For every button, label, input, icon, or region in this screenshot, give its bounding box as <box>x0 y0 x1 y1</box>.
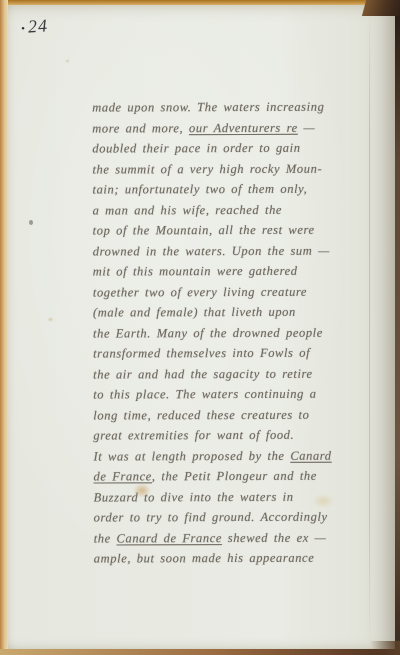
manuscript-line: made upon snow. The waters increasing <box>92 96 392 118</box>
manuscript-line: great extremities for want of food. <box>93 424 393 446</box>
paper-speck <box>29 220 33 225</box>
manuscript-scan: • 24 made upon snow. The waters increasi… <box>0 0 400 655</box>
manuscript-line: top of the Mountain, all the rest were <box>93 219 393 241</box>
page-number-dot: • <box>21 23 25 35</box>
paper-stain <box>47 317 54 322</box>
book-cover-corner-top-right <box>338 0 400 16</box>
manuscript-line: It was at length proposed by the Canard <box>93 445 393 467</box>
manuscript-line: together two of every living creature <box>93 281 393 303</box>
paper-stain <box>65 59 70 63</box>
manuscript-line: to this place. The waters continuing a <box>93 383 393 405</box>
manuscript-line: ample, but soon made his appearance <box>94 547 394 569</box>
page-number-value: 24 <box>27 15 48 37</box>
manuscript-line: the air and had the sagacity to retire <box>93 363 393 385</box>
manuscript-line: drowned in the waters. Upon the sum — <box>93 240 393 262</box>
book-edge-left <box>0 0 8 655</box>
manuscript-line: (male and female) that liveth upon <box>93 301 393 323</box>
manuscript-line: tain; unfortunately two of them only, <box>92 178 392 200</box>
book-gutter-right <box>395 0 400 655</box>
manuscript-line: Buzzard to dive into the waters in <box>94 486 394 508</box>
manuscript-line: the summit of a very high rocky Moun- <box>92 158 392 180</box>
manuscript-line: mit of this mountain were gathered <box>93 260 393 282</box>
manuscript-line: a man and his wife, reached the <box>93 199 393 221</box>
manuscript-line: long time, reduced these creatures to <box>93 404 393 426</box>
manuscript-line: de France, the Petit Plongeur and the <box>93 465 393 487</box>
manuscript-text: made upon snow. The waters increasingmor… <box>92 96 394 569</box>
manuscript-line: order to try to find ground. Accordingly <box>94 506 394 528</box>
manuscript-line: the Earth. Many of the drowned people <box>93 322 393 344</box>
manuscript-line: the Canard de France shewed the ex — <box>94 527 394 549</box>
manuscript-line: more and more, our Adventurers re — <box>92 117 392 139</box>
book-cover-corner-bottom-right <box>360 641 400 655</box>
book-edge-bottom <box>0 649 400 655</box>
notebook-page: • 24 made upon snow. The waters increasi… <box>7 4 396 650</box>
manuscript-line: doubled their pace in order to gain <box>92 137 392 159</box>
page-number: • 24 <box>21 16 48 37</box>
manuscript-line: transformed themselves into Fowls of <box>93 342 393 364</box>
